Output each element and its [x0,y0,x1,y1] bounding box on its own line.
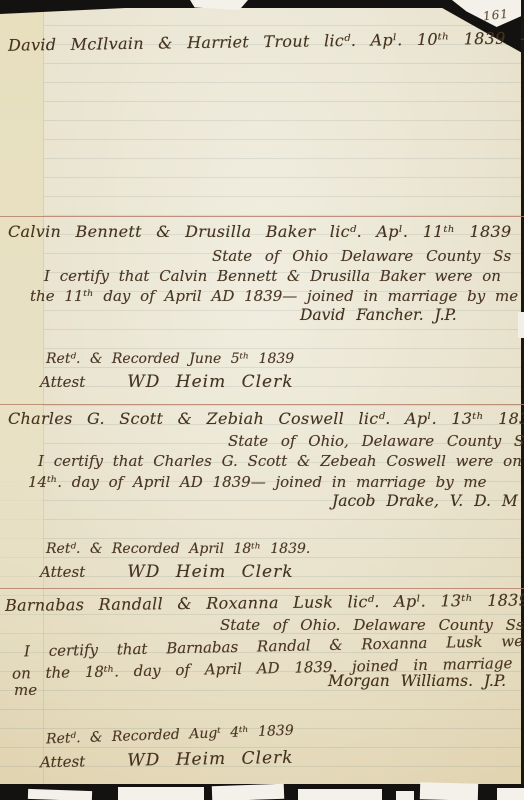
attest-label: Attest [40,373,85,391]
paper-fragment [212,784,284,800]
ledger-page-scan: 161 David McIlvain & Harriet Trout licᵈ.… [0,0,524,800]
certification-line: I certify that Calvin Bennett & Drusilla… [44,267,501,285]
paper-fragment [298,789,382,800]
certification-line: 14ᵗʰ. day of April AD 1839— joined in ma… [28,473,487,491]
entry-header: Calvin Bennett & Drusilla Baker licᵈ. Ap… [8,222,524,241]
certification-line: the 11ᵗʰ day of April AD 1839— joined in… [30,287,518,305]
jurisdiction-line: State of Ohio. Delaware County Ss [220,616,524,634]
recorded-line: Retᵈ. & Recorded June 5ᵗʰ 1839 [46,351,294,367]
officiant-signature: Morgan Williams. J.P. [328,672,506,690]
clerk-signature: WD Heim Clerk [127,562,293,582]
attest-label: Attest [40,752,86,771]
jurisdiction-line: State of Ohio Delaware County Ss [212,247,511,265]
certification-line: me [14,681,37,699]
jurisdiction-line: State of Ohio, Delaware County Ss [228,432,524,450]
entry-divider [0,588,524,589]
paper-fragment [118,787,204,800]
paper-fragment [497,788,524,800]
officiant-signature: David Fancher. J.P. [300,306,457,324]
officiant-signature: Jacob Drake, V. D. M [332,492,518,510]
page-number: 161 [482,7,509,24]
paper-fragment [396,791,414,800]
entry-divider [0,216,524,217]
paper-fragment [420,782,478,800]
clerk-signature: WD Heim Clerk [127,748,294,771]
attest-row: Attest WD Heim Clerk [40,562,294,582]
paper-fragment [28,789,92,800]
entry-divider [0,404,524,405]
paper-fragment [518,312,524,338]
certification-line: I certify that Charles G. Scott & Zebeah… [38,452,524,470]
attest-label: Attest [40,563,85,581]
attest-row: Attest WD Heim Clerk [40,372,294,392]
entry-header: Charles G. Scott & Zebiah Coswell licᵈ. … [8,409,524,428]
clerk-signature: WD Heim Clerk [127,372,293,392]
recorded-line: Retᵈ. & Recorded April 18ᵗʰ 1839. [46,541,310,557]
